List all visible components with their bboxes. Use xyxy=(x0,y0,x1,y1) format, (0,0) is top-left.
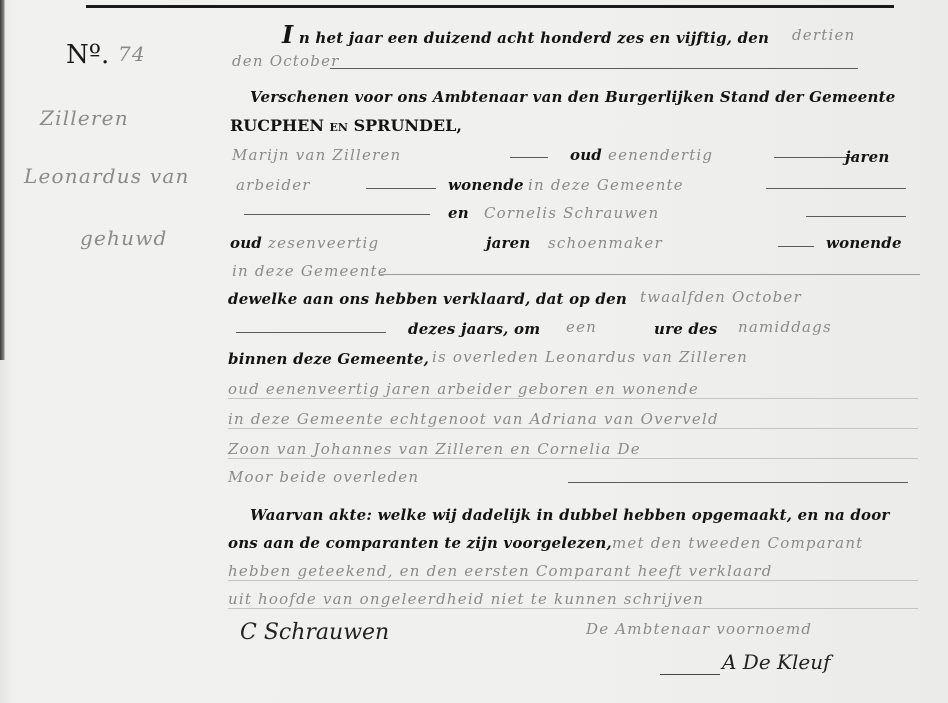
line-11-b: ure des xyxy=(654,320,717,338)
line-10: dewelke aan ons hebben verklaard, dat op… xyxy=(228,290,627,308)
line-7-en: en xyxy=(448,204,469,222)
line-18-hand: met den tweeden Comparant xyxy=(612,534,863,552)
declarant-2-residence: in deze Gemeente xyxy=(232,262,388,280)
line-1-print: n het jaar een duizend acht honderd zes … xyxy=(299,29,769,47)
line-12: binnen deze Gemeente, xyxy=(228,350,429,368)
dash-rule xyxy=(774,157,856,158)
drop-initial: I xyxy=(282,20,293,49)
declarant-2-age: zesenveertig xyxy=(268,234,379,252)
death-time-of-day: namiddags xyxy=(738,318,832,336)
record-number-label: Nº. xyxy=(66,40,109,70)
signature-witness: C Schrauwen xyxy=(240,620,389,645)
death-date: twaalfden October xyxy=(640,288,802,306)
line-5-jaren: jaren xyxy=(845,148,890,166)
dash-rule xyxy=(366,188,436,189)
line-2-rule xyxy=(330,68,858,69)
line-14: in deze Gemeente echtgenoot van Adriana … xyxy=(228,410,719,428)
declarant-1-residence: in deze Gemeente xyxy=(528,176,684,194)
dash-rule xyxy=(806,216,906,217)
declarant-1-age: eenendertig xyxy=(608,146,713,164)
line-15: Zoon van Johannes van Zilleren en Cornel… xyxy=(228,440,641,458)
margin-status: gehuwd xyxy=(80,226,168,250)
line-8-wonende: wonende xyxy=(826,234,902,252)
declarant-1-name: Marijn van Zilleren xyxy=(232,146,401,164)
dash-rule xyxy=(778,246,814,247)
line-2-month: den October xyxy=(232,52,340,70)
margin-surname: Zilleren xyxy=(40,106,129,130)
municipality-conjunction: EN xyxy=(330,121,348,134)
line-8-oud: oud xyxy=(230,234,262,252)
declarant-1-occupation: arbeider xyxy=(236,176,311,194)
ruled-line xyxy=(228,428,918,429)
municipality-name-a: RUCPHEN xyxy=(230,116,324,135)
municipality-name-b: SPRUNDEL, xyxy=(354,116,462,135)
ruled-line xyxy=(228,608,918,609)
declarant-2-occupation: schoenmaker xyxy=(548,234,663,252)
document-page: Nº. 74 Zilleren Leonardus van gehuwd I n… xyxy=(0,0,948,703)
page-binding-edge xyxy=(0,0,5,360)
line-6-wonende: wonende xyxy=(448,176,524,194)
line-1: I n het jaar een duizend acht honderd ze… xyxy=(282,20,769,49)
line-19: hebben geteekend, en den eersten Compara… xyxy=(228,562,773,580)
line-5-oud: oud xyxy=(570,146,602,164)
ruled-line xyxy=(228,580,918,581)
municipality: RUCPHEN EN SPRUNDEL, xyxy=(230,116,462,135)
line-3: Verschenen voor ons Ambtenaar van den Bu… xyxy=(250,88,895,106)
line-17: Waarvan akte: welke wij dadelijk in dubb… xyxy=(250,506,890,524)
dash-rule xyxy=(766,188,906,189)
line-1-day: dertien xyxy=(792,26,855,44)
line-16: Moor beide overleden xyxy=(228,468,419,486)
deceased-name: is overleden Leonardus van Zilleren xyxy=(432,348,748,366)
dash-rule xyxy=(510,157,548,158)
line-8-jaren: jaren xyxy=(486,234,531,252)
dash-rule xyxy=(380,274,920,275)
line-20: uit hoofde van ongeleerdheid niet te kun… xyxy=(228,590,704,608)
top-border-rule xyxy=(86,0,894,8)
line-13: oud eenenveertig jaren arbeider geboren … xyxy=(228,380,699,398)
dash-rule xyxy=(568,482,908,483)
record-number: 74 xyxy=(118,42,146,66)
dash-rule xyxy=(244,214,430,215)
line-18-print: ons aan de comparanten te zijn voorgelez… xyxy=(228,534,612,552)
ruled-line xyxy=(228,458,918,459)
declarant-2-name: Cornelis Schrauwen xyxy=(484,204,659,222)
death-hour: een xyxy=(566,318,597,336)
dash-rule xyxy=(236,332,386,333)
signature-official: A De Kleuf xyxy=(722,650,831,674)
signature-flourish xyxy=(660,674,720,675)
margin-given-name: Leonardus van xyxy=(24,164,190,188)
ruled-line xyxy=(228,398,918,399)
line-11-a: dezes jaars, om xyxy=(408,320,540,338)
official-title: De Ambtenaar voornoemd xyxy=(586,620,812,638)
